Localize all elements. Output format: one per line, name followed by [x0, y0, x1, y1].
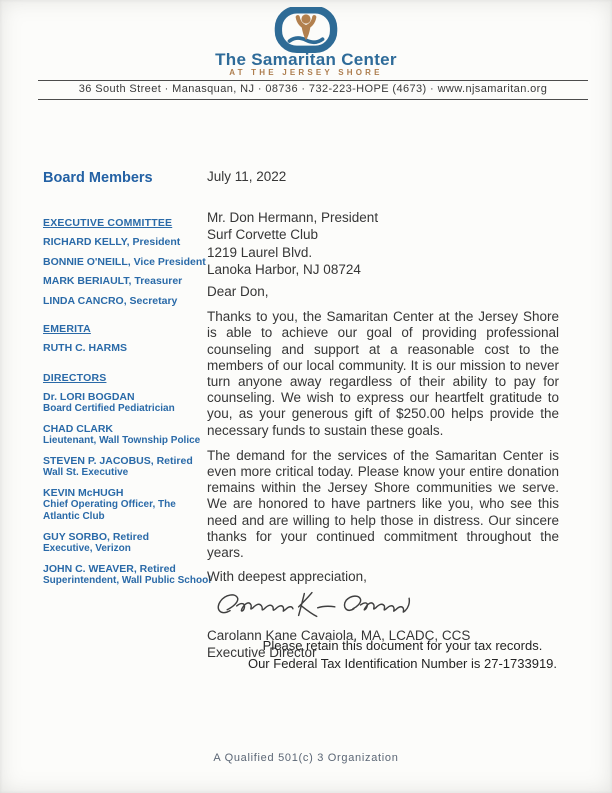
recipient-line: Lanoka Harbor, NJ 08724: [207, 261, 559, 278]
letter-paragraph: Thanks to you, the Samaritan Center at t…: [207, 309, 559, 439]
org-address-line: 36 South Street · Manasquan, NJ · 08736 …: [38, 83, 588, 95]
board-member: KEVIN McHUGH Chief Operating Officer, Th…: [43, 487, 211, 523]
letter-paragraph: The demand for the services of the Samar…: [207, 448, 559, 561]
letterhead-rule-top: [38, 80, 588, 81]
board-member: MARK BERIAULT, Treasurer: [43, 275, 211, 287]
tax-note-line: Please retain this document for your tax…: [225, 637, 580, 655]
section-heading: DIRECTORS: [43, 372, 211, 384]
board-member: Dr. LORI BOGDAN Board Certified Pediatri…: [43, 391, 211, 415]
board-member: BONNIE O'NEILL, Vice President: [43, 256, 211, 268]
section-heading: EXECUTIVE COMMITTEE: [43, 217, 211, 229]
scanned-letter-page: The Samaritan Center AT THE JERSEY SHORE…: [0, 0, 612, 793]
section-heading: EMERITA: [43, 323, 211, 335]
board-member: RICHARD KELLY, President: [43, 236, 211, 248]
sidebar-section-directors: DIRECTORS Dr. LORI BOGDAN Board Certifie…: [43, 372, 211, 587]
tax-note-line: Our Federal Tax Identification Number is…: [225, 655, 580, 673]
recipient-address-block: Mr. Don Hermann, President Surf Corvette…: [207, 209, 559, 278]
handwritten-signature: [211, 584, 411, 624]
qualified-org-footer: A Qualified 501(c) 3 Organization: [0, 752, 612, 764]
samaritan-center-logo-icon: [273, 7, 339, 53]
board-member: GUY SORBO, Retired Executive, Verizon: [43, 531, 211, 555]
letter-date: July 11, 2022: [207, 168, 559, 185]
salutation: Dear Don,: [207, 283, 559, 300]
sidebar-title: Board Members: [43, 170, 211, 186]
board-member-name: Dr. LORI BOGDAN: [43, 391, 211, 403]
board-member: JOHN C. WEAVER, Retired Superintendent, …: [43, 563, 211, 587]
board-member-role: Board Certified Pediatrician: [43, 403, 211, 415]
board-member-role: Wall St. Executive: [43, 467, 211, 479]
board-member: RUTH C. HARMS: [43, 342, 211, 354]
board-member-name: CHAD CLARK: [43, 423, 211, 435]
closing-line: With deepest appreciation,: [207, 568, 559, 585]
board-member-name: KEVIN McHUGH: [43, 487, 211, 499]
board-member-name: STEVEN P. JACOBUS, Retired: [43, 455, 211, 467]
board-member: LINDA CANCRO, Secretary: [43, 295, 211, 307]
sidebar-section-emerita: EMERITA RUTH C. HARMS: [43, 323, 211, 354]
board-member-role: Superintendent, Wall Public School: [43, 575, 211, 587]
board-member-role: Lieutenant, Wall Township Police: [43, 435, 211, 447]
org-tagline: AT THE JERSEY SHORE: [0, 68, 612, 77]
recipient-line: Surf Corvette Club: [207, 226, 559, 243]
board-members-sidebar: Board Members EXECUTIVE COMMITTEE RICHAR…: [43, 170, 211, 595]
recipient-line: 1219 Laurel Blvd.: [207, 244, 559, 261]
sidebar-section-executive-committee: EXECUTIVE COMMITTEE RICHARD KELLY, Presi…: [43, 217, 211, 307]
tax-record-note: Please retain this document for your tax…: [225, 637, 580, 672]
board-member-role: Executive, Verizon: [43, 543, 211, 555]
board-member: STEVEN P. JACOBUS, Retired Wall St. Exec…: [43, 455, 211, 479]
board-member-name: GUY SORBO, Retired: [43, 531, 211, 543]
letter-body: July 11, 2022 Mr. Don Hermann, President…: [207, 168, 559, 661]
board-member-role: Chief Operating Officer, The Atlantic Cl…: [43, 499, 211, 523]
letterhead-rule-bottom: [38, 99, 588, 100]
recipient-line: Mr. Don Hermann, President: [207, 209, 559, 226]
board-member-name: JOHN C. WEAVER, Retired: [43, 563, 211, 575]
org-name: The Samaritan Center: [0, 50, 612, 70]
board-member: CHAD CLARK Lieutenant, Wall Township Pol…: [43, 423, 211, 447]
